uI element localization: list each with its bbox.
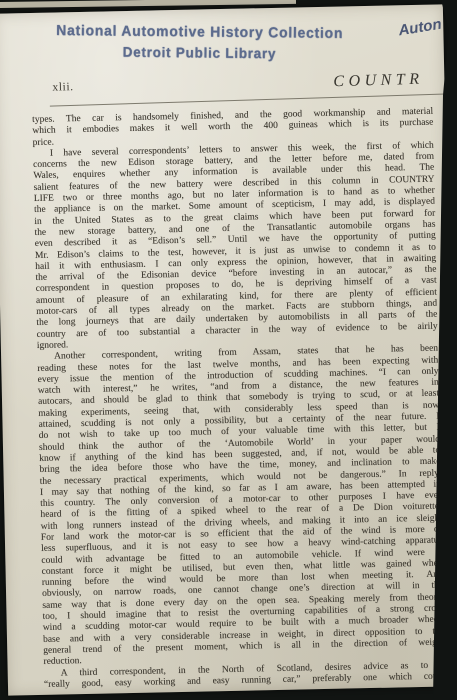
corner-text-fragment: Auton [397,13,457,39]
page-number: xlii. [52,81,73,93]
paragraph: Another correspondent, writing from Assa… [37,344,445,669]
adjacent-page-edge [0,0,296,8]
journal-header-fragment: COUNTR [333,69,457,91]
scan-background: National Automotive History Collection D… [0,0,457,700]
stamp-line-1: National Automotive History Collection [53,23,347,42]
stamp-line-2: Detroit Public Library [52,43,346,62]
paper-page: National Automotive History Collection D… [0,4,457,695]
header-rule [50,94,447,107]
library-stamp: National Automotive History Collection D… [46,23,352,62]
article-body: types. The car is handsomely finished, a… [32,107,445,691]
paragraph: I have several correspondents’ letters t… [33,140,438,352]
